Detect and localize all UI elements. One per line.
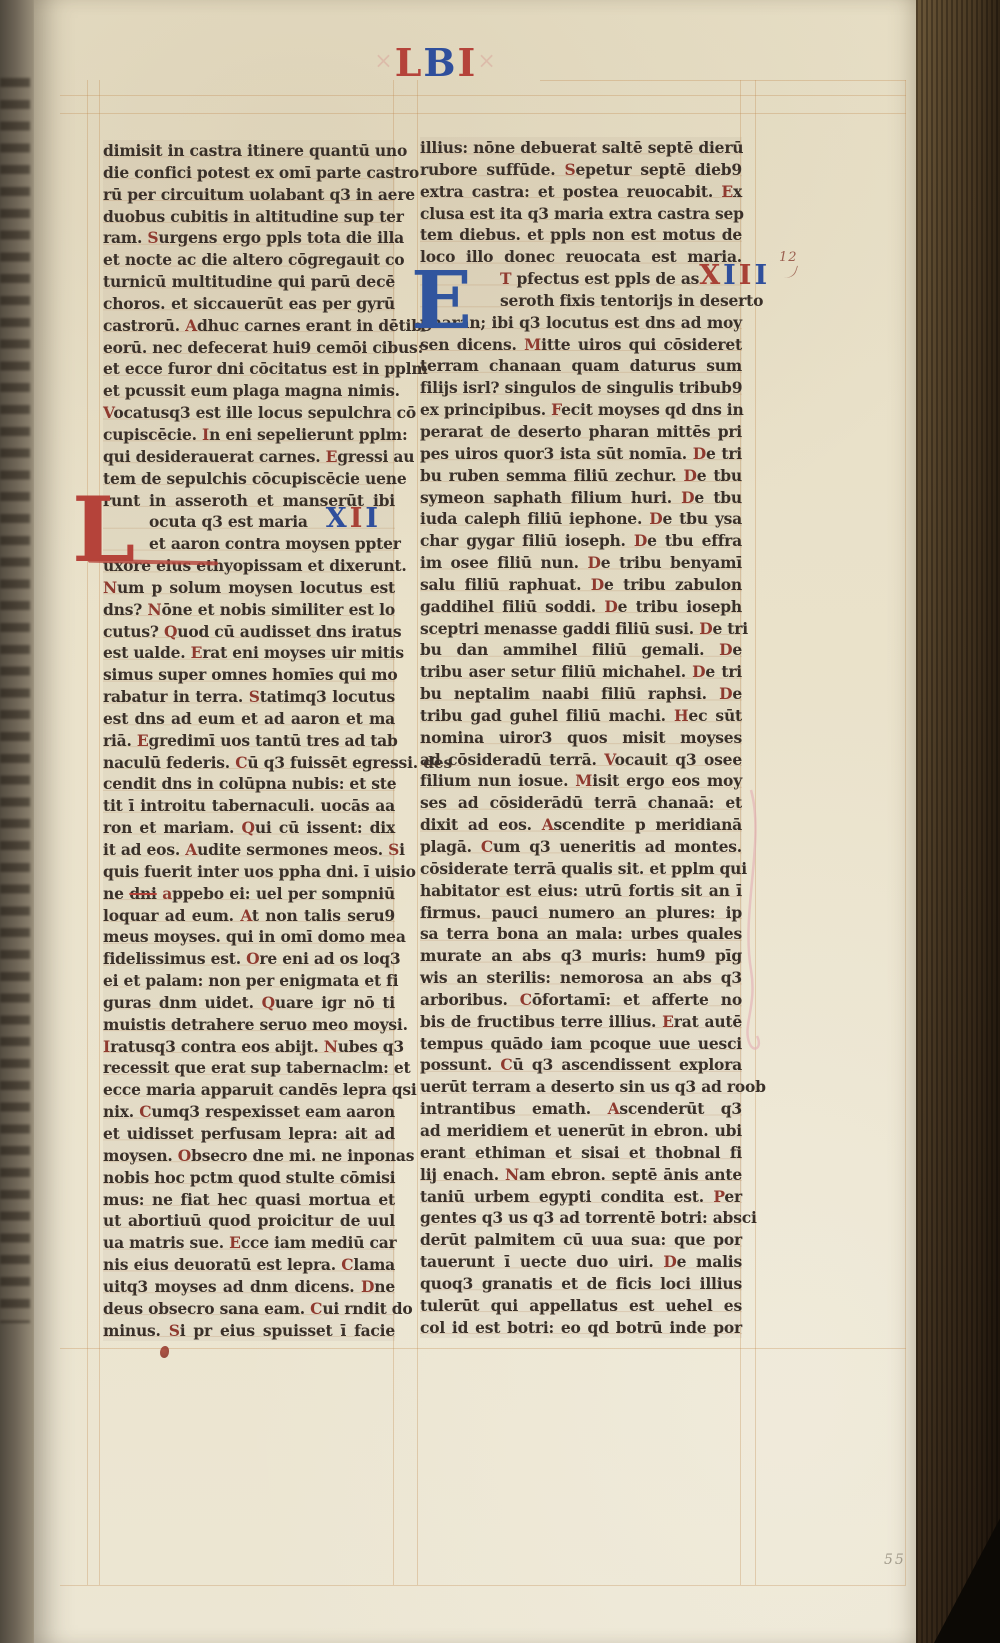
text-line: intrantibus emath. Ascenderūt q3 [420,1098,742,1120]
text-line: filijs isrl? singulos de singulis tribub… [420,377,742,399]
text-line: rubore suffūde. Sepetur septē dieb9 [420,159,742,181]
text-line: et aaron contra moysen ppter [103,533,395,555]
text-line: nis eius deuoratū est lepra. Clama [103,1254,395,1276]
text-line: im osee filiū nun. De tribu benyamī [420,552,742,574]
text-line: habitator est eius: utrū fortis sit an ī [420,880,742,902]
text-line: ecce maria apparuit candēs lepra qsi [103,1079,395,1101]
ruling-line-horizontal [60,1348,906,1349]
text-line: derūt palmitem cū uua sua: que por [420,1229,742,1251]
text-line: recessit que erat sup tabernaclm: et [103,1057,395,1079]
text-line: fidelissimus est. Ore eni ad os loq3 [103,948,395,970]
text-line: nomina uiror3 quos misit moyses [420,727,742,749]
text-line: clusa est ita q3 maria extra castra sep [420,203,742,225]
ruling-line-vertical [905,80,906,1585]
text-line: uitq3 moyses ad dnm dicens. Dne [103,1276,395,1298]
text-line: iuda caleph filiū iephone. De tbu ysa [420,508,742,530]
text-line: tauerunt ī uecte duo uiri. De malis [420,1251,742,1273]
text-line: qui desiderauerat carnes. Egressi au [103,446,395,468]
ruling-line-vertical [87,80,88,1585]
text-line: meus moyses. qui in omī domo mea [103,926,395,948]
text-line: ad meridiem et uenerūt in ebron. ubi [420,1120,742,1142]
text-line: mus: ne fiat hec quasi mortua et [103,1189,395,1211]
text-line: muistis detrahere seruo meo moysi. [103,1014,395,1036]
text-line: cutus? Quod cū audisset dns iratus [103,621,395,643]
ruling-line-horizontal [60,95,906,96]
text-line: sa terra bona an mala: urbes quales [420,923,742,945]
text-line: cendit dns in colūpna nubis: et ste [103,773,395,795]
pink-offset-stain [733,778,777,1078]
ruling-line-horizontal [540,80,906,81]
text-line: murate an abs q3 muris: hum9 pīg [420,945,742,967]
text-line: turnicū multitudine qui parū decē [103,271,395,293]
text-line: bu ruben semma filiū zechur. De tbu [420,465,742,487]
text-line: minus. Si pr eius spuisset ī facie [103,1320,395,1342]
text-line: et uidisset perfusam lepra: ait ad [103,1123,395,1145]
text-line: bu neptalim naabi filiū raphsi. De [420,683,742,705]
text-line: eorū. nec defecerat hui9 cemōi cibus: [103,337,395,359]
text-line: tit ī introitu tabernaculi. uocās aa [103,795,395,817]
text-line: dimisit in castra itinere quantū uno [103,140,395,162]
text-line: tem diebus. et ppls non est motus de [420,224,742,246]
text-line: nobis hoc pctm quod stulte cōmisi [103,1167,395,1189]
title-letter: L [395,44,422,82]
text-line: castrorū. Adhuc carnes erant in dētib9 [103,315,395,337]
chapter-initial-xii: L [72,494,135,566]
text-line: ut abortiuū quod proicitur de uul [103,1210,395,1232]
text-line: nix. Cumq3 respexisset eam aaron [103,1101,395,1123]
text-line: firmus. pauci numero an plures: ip [420,902,742,924]
text-line: bis de fructibus terre illius. Erat autē [420,1011,742,1033]
ruling-line-vertical [99,80,100,1585]
text-line: Num p solum moysen locutus est [103,577,395,599]
title-letter: B [423,44,455,82]
text-line: tribu aser setur filiū michahel. De tri [420,661,742,683]
folio-number: 55 [884,1552,906,1568]
text-column-1: dimisit in castra itinere quantū unodie … [103,140,395,1341]
text-line: et nocte ac die altero cōgregauit co [103,249,395,271]
text-line: quoq3 granatis et de ficis loci illius [420,1273,742,1295]
text-line: quis fuerit inter uos ppha dni. ī uisio [103,861,395,883]
text-line: erant ethiman et sisai et thobnal fi [420,1142,742,1164]
text-line: ad cōsideradū terrā. Vocauit q3 osee [420,749,742,771]
text-line: Vocatusq3 est ille locus sepulchra cō [103,402,395,424]
text-line: tempus quādo iam pcoque uue uesci [420,1033,742,1055]
text-line: arboribus. Cōfortamī: et afferte no [420,989,742,1011]
text-line: filium nun iosue. Misit ergo eos moy [420,770,742,792]
text-line: ocuta q3 est mariaXII [103,511,395,533]
text-line: illius: nōne debuerat saltē septē dierū [420,137,742,159]
chapter-number-xii: XII [326,508,395,530]
text-line: cōsiderate terrā qualis sit. et pplm qui [420,858,742,880]
text-line: die confici potest ex omī parte castro [103,162,395,184]
text-line: riā. Egredimī uos tantū tres ad tab [103,730,395,752]
text-line: est ualde. Erat eni moyses uir mitis [103,642,395,664]
text-line: deus obsecro sana eam. Cui rndit do [103,1298,395,1320]
text-line: ua matris sue. Ecce iam mediū car [103,1232,395,1254]
text-line: ron et mariam. Qui cū issent: dix [103,817,395,839]
text-line: sceptri menasse gaddi filiū susi. De tri [420,618,742,640]
text-line: moysen. Obsecro dne mi. ne inponas [103,1145,395,1167]
text-line: ne dni appebo ei: uel per sompniū [103,883,395,905]
text-line: pes uiros quor3 ista sūt nomīa. De tri [420,443,742,465]
title-letter: I [458,44,476,82]
text-line: simus super omnes homīes qui mo [103,664,395,686]
ruling-line-horizontal [60,1585,906,1586]
text-line: symeon saphath filium huri. De tbu [420,487,742,509]
text-line: lij enach. Nam ebron. septē ānis ante [420,1164,742,1186]
text-line: tem de sepulchis cōcupiscēcie uene [103,468,395,490]
text-line: taniū urbem egypti condita est. Per [420,1186,742,1208]
chapter-initial-xiii: E [411,268,472,332]
text-line: terram chanaan quam daturus sum [420,355,742,377]
text-line: plagā. Cum q3 ueneritis ad montes. [420,836,742,858]
title-flourish: × [374,49,392,74]
text-line: ses ad cōsiderādū terrā chanaā: et [420,792,742,814]
text-line: duobus cubitis in altitudine sup ter [103,206,395,228]
book-fore-edge [916,0,1000,1643]
text-line: extra castra: et postea reuocabit. Ex [420,181,742,203]
text-line: salu filiū raphuat. De tribu zabulon [420,574,742,596]
text-line: it ad eos. Audite sermones meos. Si [103,839,395,861]
text-line: ex principibus. Fecit moyses qd dns in [420,399,742,421]
text-line: gentes q3 us q3 ad torrentē botri: absci [420,1207,742,1229]
facing-page-ghost-text [0,78,30,1323]
text-line: char gygar filiū ioseph. De tbu effra [420,530,742,552]
text-line: tulerūt qui appellatus est uehel es [420,1295,742,1317]
text-line: possunt. Cū q3 ascendissent explora [420,1054,742,1076]
title-flourish: × [477,49,495,74]
text-line: ram. Surgens ergo ppls tota die illa [103,227,395,249]
text-line: guras dnm uidet. Quare igr nō ti [103,992,395,1014]
text-line: choros. et siccauerūt eas per gyrū [103,293,395,315]
text-line: cupiscēcie. In eni sepelierunt pplm: [103,424,395,446]
text-line: wis an sterilis: nemorosa an abs q3 [420,967,742,989]
text-line: dixit ad eos. Ascendite p meridianā [420,814,742,836]
text-line: loquar ad eum. At non talis seru9 [103,905,395,927]
text-line: Iratusq3 contra eos abijt. Nubes q3 [103,1036,395,1058]
text-line: ei et palam: non per enigmata et fi [103,970,395,992]
text-line: et ecce furor dni cōcitatus est in pplm [103,358,395,380]
text-line: rū per circuitum uolabant q3 in aere [103,184,395,206]
text-line: tribu gad guhel filiū machi. Hec sūt [420,705,742,727]
text-line: gaddihel filiū soddi. De tribu ioseph [420,596,742,618]
text-line: uerūt terram a deserto sin us q3 ad roob [420,1076,742,1098]
text-line: uxore eius ethyopissam et dixerunt. [103,555,395,577]
text-line: rabatur in terra. Statimq3 locutus [103,686,395,708]
text-line: dns? Nōne et nobis similiter est lo [103,599,395,621]
text-line: est dns ad eum et ad aaron et ma [103,708,395,730]
text-line: perarat de deserto pharan mittēs pri [420,421,742,443]
text-line: col id est botri: eo qd botrū inde por [420,1317,742,1339]
text-line: et pcussit eum plaga magna nimis. [103,380,395,402]
manuscript-photo: ×LBI× dimisit in castra itinere quantū u… [0,0,1000,1643]
chapter-number-xiii: XIII [699,265,770,287]
text-line: naculū federis. Cū q3 fuissēt egressi. d… [103,752,395,774]
ruling-line-horizontal [60,113,906,114]
text-line: bu dan ammihel filiū gemali. De [420,639,742,661]
running-title: ×LBI× [330,38,540,88]
